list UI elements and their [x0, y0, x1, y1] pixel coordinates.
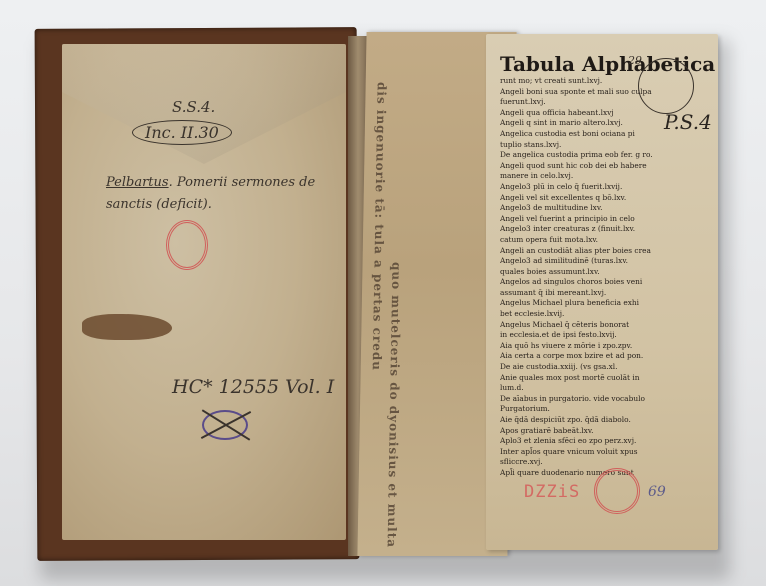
index-line: De aie custodia.xxiij. (vs gsa.xl. — [500, 362, 710, 373]
paper-damage — [82, 314, 172, 340]
pencil-page-number: 69 — [648, 484, 666, 500]
index-line: Angeli quod sunt hic cob dei eb habere — [500, 161, 710, 172]
index-line: Angelo3 plū in celo q̄ fuerit.lxvij. — [500, 182, 710, 193]
foliation-number: 29 — [628, 54, 642, 67]
library-stamp-icon — [166, 220, 208, 270]
index-line: lum.d. — [500, 383, 710, 394]
index-line: in ecclesia.et de ipsi festo.lxvij. — [500, 330, 710, 341]
index-line: Angeli vel sit excellentes q bō.lxv. — [500, 193, 710, 204]
shelfmark-top: S.S.4. — [172, 98, 215, 116]
printed-index-page: Tabula Alphabetica 29 P.S.4 runt mo; vt … — [486, 34, 718, 550]
index-line: Angelos ad singulos choros boies veni — [500, 277, 710, 288]
index-line: Angelo3 de multitudine lxv. — [500, 203, 710, 214]
index-line: Angeli an custodiāt alias pter boies cre… — [500, 246, 710, 257]
hain-reference: HC* 12555 Vol. I — [172, 376, 334, 398]
index-line: Angelus Michael q̄ cēteris bonorat — [500, 320, 710, 331]
index-line: Aplo3 et zlenia sfēci eo zpo perz.xvj. — [500, 436, 710, 447]
index-line: Inter apl̄os quare vnicum voluit xpus — [500, 447, 710, 458]
index-line: tuplio stans.lxvj. — [500, 140, 710, 151]
author-label: Pelbartus — [106, 175, 169, 190]
shelfmark-inc: Inc. II.30 — [132, 120, 232, 145]
index-line: manere in celo.lxvj. — [500, 171, 710, 182]
index-line: Angeli qua officia habeant.lxvj — [500, 108, 710, 119]
index-line: catum opera fuit mota.lxv. — [500, 235, 710, 246]
index-line: Purgatorium. — [500, 404, 710, 415]
library-stamp-icon — [594, 468, 640, 514]
index-line: assumant q̄ ibi mereant.lxvj. — [500, 288, 710, 299]
index-line: runt mo; vt creati sunt.lxvj. — [500, 76, 710, 87]
index-line: Aia certa a corpe mox bzire et ad pon. — [500, 351, 710, 362]
index-line: Angeli q sint in mario altero.lxvj. — [500, 118, 710, 129]
author-note: Pelbartus. Pomerii sermones de sanctis (… — [106, 172, 326, 216]
index-line: De aīabus in purgatorio. vide vocabulo — [500, 394, 710, 405]
index-line: Apos gratiarē babeāt.lxv. — [500, 426, 710, 437]
index-line: Angelus Michael plura beneficia exhi — [500, 298, 710, 309]
index-line: Angelo3 inter creaturas z (finuit.lxv. — [500, 224, 710, 235]
fragment-text-col2: quo mutelceris do dyonisius et multa — [384, 262, 405, 548]
index-line: Angeli boni sua sponte et mali suo culpa — [500, 87, 710, 98]
cancelled-stamp-icon — [202, 410, 248, 440]
index-line: sfliccre.xvj. — [500, 457, 710, 468]
index-line: Aia quō hs viuere z mōrie i zpo.zpv. — [500, 341, 710, 352]
index-line: Angelo3 ad similitudinē (turas.lxv. — [500, 256, 710, 267]
index-line: De angelica custodia prima eob fer. g ro… — [500, 150, 710, 161]
index-line: fuerunt.lxvj. — [500, 97, 710, 108]
index-line: Aie q̄dā despiciūt zpo. q̄dā diabolo. — [500, 415, 710, 426]
index-line: Angelica custodia est boni ociana pi — [500, 129, 710, 140]
index-line: Anie quales mox post mortē cuolāt in — [500, 373, 710, 384]
index-line: quales boies assumunt.lxv. — [500, 267, 710, 278]
front-pastedown: S.S.4. Inc. II.30 Pelbartus. Pomerii ser… — [62, 44, 346, 540]
index-line: Angeli vel fuerint a principio in celo — [500, 214, 710, 225]
index-lines: runt mo; vt creati sunt.lxvj. Angeli bon… — [500, 76, 710, 479]
index-line: bet ecclesie.lxvij. — [500, 309, 710, 320]
dzzis-stamp: DZZiS — [524, 482, 580, 502]
